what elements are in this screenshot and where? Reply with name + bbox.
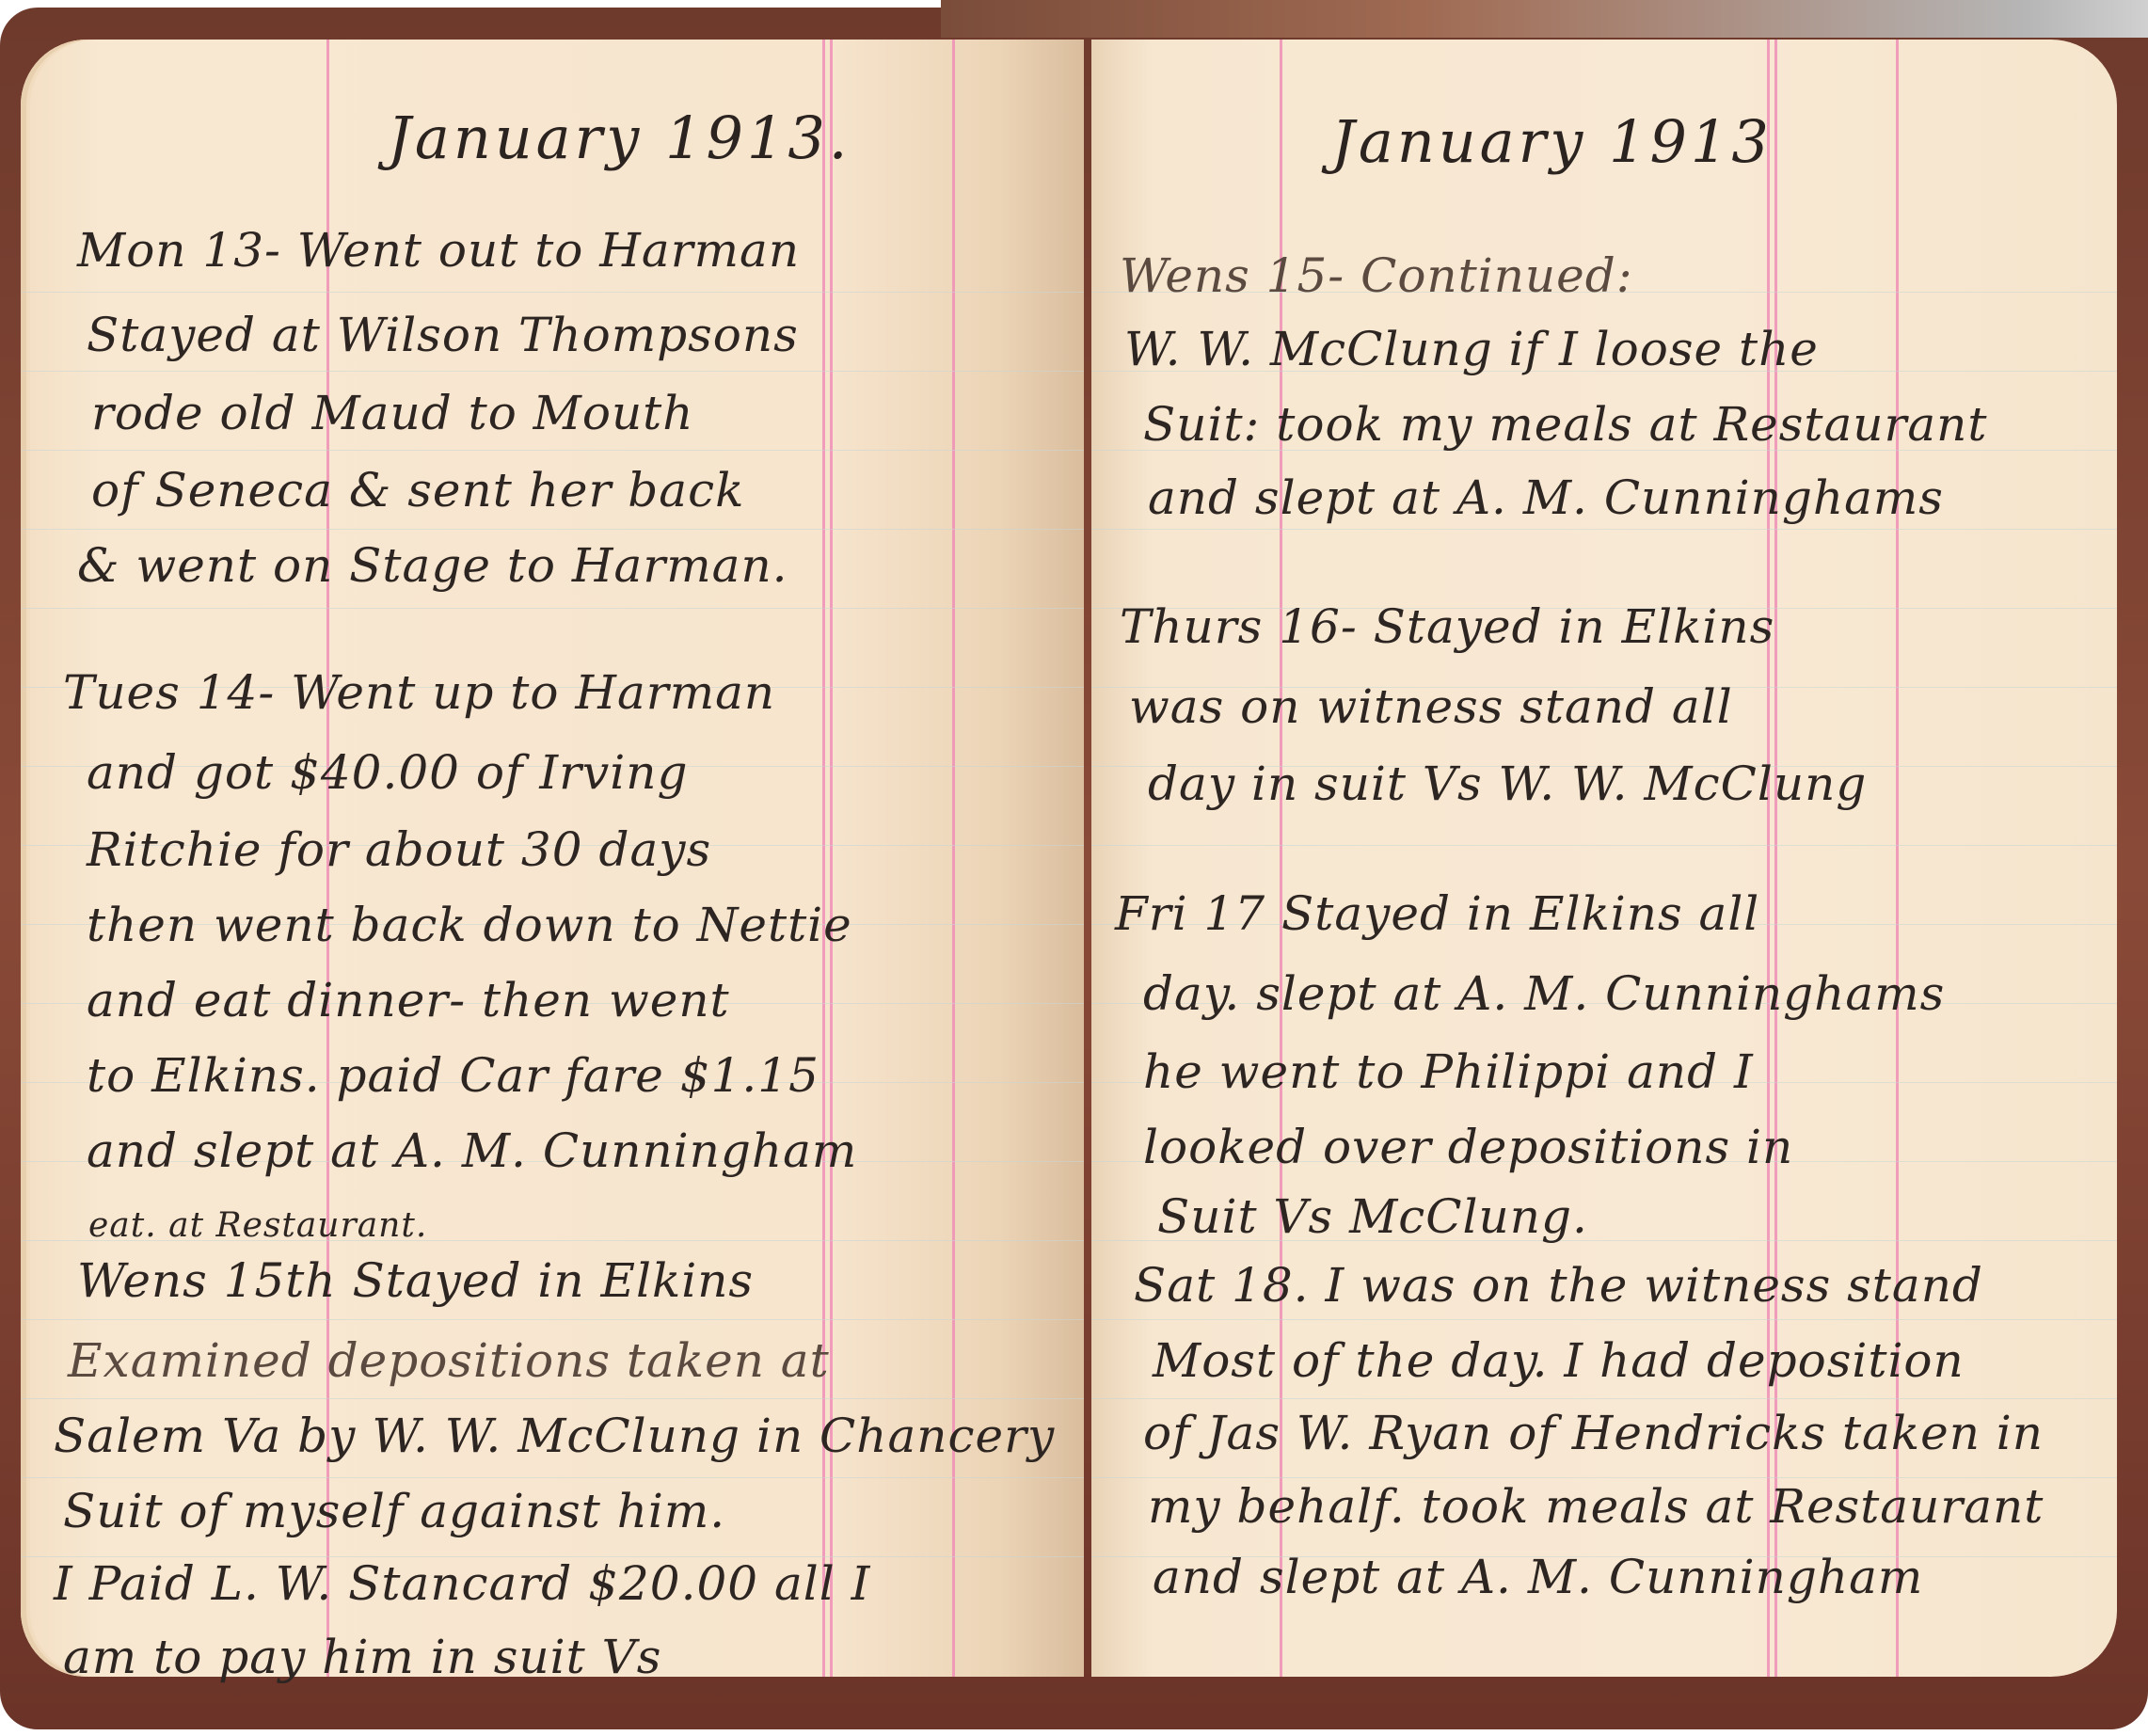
line-rule [21,450,1084,451]
diary-line: day in suit Vs W. W. McClung [1148,757,1867,811]
diary-line: and slept at A. M. Cunningham [1153,1550,1923,1604]
line-rule [21,608,1084,609]
diary-line: & went on Stage to Harman. [77,538,788,593]
diary-line: Suit of myself against him. [63,1484,725,1538]
diary-line: W. W. McClung if I loose the [1124,322,1819,376]
diary-line: Suit Vs McClung. [1157,1189,1588,1244]
diary-line: Ritchie for about 30 days [87,822,711,877]
line-rule [21,1477,1084,1478]
diary-line: Most of the day. I had deposition [1153,1333,1965,1388]
diary-line: my behalf. took meals at Restaurant [1148,1479,2044,1534]
diary-line: of Jas W. Ryan of Hendricks taken in [1143,1406,2044,1460]
left-page: January 1913. Mon 13- Went out to Harman… [21,40,1084,1677]
diary-line: of Seneca & sent her back [91,463,744,518]
diary-line: Tues 14- Went up to Harman [63,665,775,720]
diary-line: am to pay him in suit Vs [63,1630,661,1684]
diary-line: then went back down to Nettie [87,898,852,952]
line-rule [21,371,1084,372]
diary-line: and eat dinner- then went [87,973,730,1027]
diary-line: was on witness stand all [1129,679,1733,734]
diary-line: to Elkins. paid Car fare $1.15 [87,1048,819,1103]
line-rule [1091,529,2117,530]
line-rule [1091,1398,2117,1399]
page-header: January 1913 [1331,107,1773,176]
diary-line: Suit: took my meals at Restaurant [1143,397,1987,452]
diary-line: looked over depositions in [1143,1120,1793,1174]
diary-line: Wens 15- Continued: [1120,248,1633,303]
diary-line: and got $40.00 of Irving [87,745,688,800]
right-page: January 1913 Wens 15- Continued: W. W. M… [1091,40,2117,1677]
diary-line: Wens 15th Stayed in Elkins [77,1253,754,1308]
line-rule [1091,1319,2117,1320]
diary-line: I Paid L. W. Stancard $20.00 all I [54,1556,870,1611]
line-rule [1091,845,2117,846]
line-rule [21,292,1084,293]
page-header: January 1913. [388,104,851,172]
diary-line: Sat 18. I was on the witness stand [1134,1258,1983,1313]
diary-line: Stayed at Wilson Thompsons [87,308,799,362]
line-rule [21,1319,1084,1320]
diary-line: day. slept at A. M. Cunninghams [1143,966,1945,1021]
diary-line: and slept at A. M. Cunningham [87,1123,857,1178]
diary-line: Mon 13- Went out to Harman [77,223,800,278]
line-rule [21,1398,1084,1399]
diary-line: Examined depositions taken at [68,1333,830,1388]
diary-line: and slept at A. M. Cunninghams [1148,470,1944,525]
diary-line: eat. at Restaurant. [88,1206,427,1245]
diary-line: Thurs 16- Stayed in Elkins [1120,599,1774,654]
background-strip [941,0,2148,38]
line-rule [21,529,1084,530]
diary-line: Fri 17 Stayed in Elkins all [1115,886,1759,941]
diary-line: he went to Philippi and I [1143,1044,1754,1099]
line-rule [1091,1477,2117,1478]
diary-line: rode old Maud to Mouth [91,386,693,440]
diary-line: Salem Va by W. W. McClung in Chancery [54,1409,1055,1463]
